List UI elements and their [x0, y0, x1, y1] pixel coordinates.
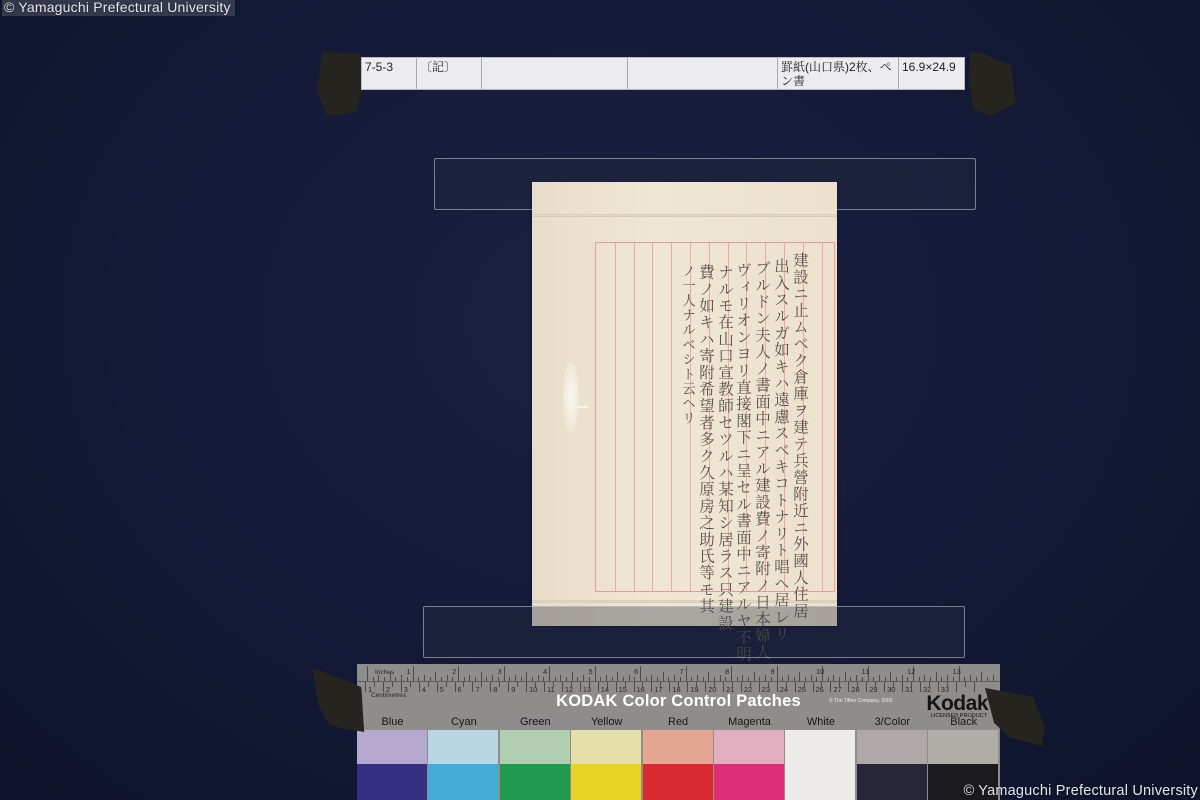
inch-tick: [504, 666, 505, 681]
cm-tick: [866, 682, 867, 692]
inch-tick: [629, 675, 630, 681]
text-column-1: 建設ニ止ムベク倉庫ヲ建テ兵營附近ニ外國人住居: [791, 252, 809, 619]
inch-tick: [395, 677, 396, 681]
patch-label-white: White: [785, 716, 856, 728]
inch-tick: [720, 675, 721, 681]
patch-light-yellow: [571, 730, 641, 764]
label-col3: [482, 58, 628, 89]
cm-tick: [813, 682, 814, 692]
inch-tick: [418, 677, 419, 681]
cm-tick: [848, 682, 849, 692]
patch-dark-green: [500, 764, 570, 800]
patch-dark-blue: [357, 764, 427, 800]
inch-tick: [555, 677, 556, 681]
inch-tick: [560, 675, 561, 681]
patch-dark-red: [643, 764, 713, 800]
inch-tick: [367, 666, 368, 681]
inch-tick: [833, 675, 834, 681]
inch-tick: [612, 677, 613, 681]
text-column-2: 出入スルガ如キハ遠慮スベキコトナリト唱ヘ居レリ: [772, 258, 790, 642]
inch-tick: [811, 675, 812, 681]
inch-tick: [623, 677, 624, 681]
cm-tick: [410, 682, 411, 687]
inch-tick: [651, 675, 652, 681]
inch-tick: [782, 677, 783, 681]
inch-tick: [617, 672, 618, 681]
cm-tick: [446, 682, 447, 687]
cm-tick: [651, 682, 652, 692]
inch-tick: [953, 677, 954, 681]
label-description: 罫紙(山口県)2枚、ペン書: [778, 58, 899, 89]
inch-tick: [481, 672, 482, 681]
text-column-6: 費ノ如キハ寄附希望者多ク久原房之助氏等モ其: [697, 264, 715, 615]
inch-tick: [936, 672, 937, 681]
catalog-label: 7-5-3 〔記〕 罫紙(山口県)2枚、ペン書 16.9×24.9: [361, 57, 965, 90]
inch-number: 8: [725, 667, 729, 676]
inch-number: 10: [816, 667, 824, 676]
inch-tick: [731, 666, 732, 681]
inch-tick: [447, 675, 448, 681]
patch-light-magenta: [714, 730, 784, 764]
inch-tick: [907, 677, 908, 681]
grid-rule: [634, 243, 635, 591]
cm-tick: [544, 682, 545, 692]
cm-tick: [374, 682, 375, 687]
patch-light-3-color: [857, 730, 927, 764]
cm-tick: [508, 682, 509, 692]
patch-dark-cyan: [428, 764, 498, 800]
inch-tick: [498, 677, 499, 681]
patch-light-red: [643, 730, 713, 764]
inch-number: 11: [862, 667, 870, 676]
inch-number: 6: [634, 667, 638, 676]
inch-tick: [441, 677, 442, 681]
inch-tick: [885, 677, 886, 681]
inch-tick: [947, 675, 948, 681]
inch-tick: [452, 677, 453, 681]
patch-dark-white: [785, 764, 855, 800]
inch-tick: [777, 666, 778, 681]
patch-light-black: [928, 730, 998, 764]
text-column-4: ヴィリオンヨリ直接閣下ニ呈セル書面中ニアルヤ不明: [734, 262, 752, 663]
inch-tick: [850, 677, 851, 681]
cm-tick: [669, 682, 670, 692]
inch-tick: [378, 675, 379, 681]
inch-tick: [384, 677, 385, 681]
grid-rule: [652, 243, 653, 591]
inch-tick: [845, 672, 846, 681]
cm-tick: [401, 682, 402, 692]
grid-rule: [671, 243, 672, 591]
cm-tick: [365, 682, 366, 692]
inch-tick: [930, 677, 931, 681]
cm-tick: [938, 682, 939, 692]
inch-tick: [856, 675, 857, 681]
cm-tick: [974, 682, 975, 692]
patch-label-blue: Blue: [357, 716, 428, 728]
patch-dark-3-color: [857, 764, 927, 800]
inch-number: 4: [543, 667, 547, 676]
watermark-top: © Yamaguchi Prefectural University: [2, 0, 235, 16]
inch-tick: [532, 677, 533, 681]
cm-tick: [383, 682, 384, 692]
inch-tick: [970, 675, 971, 681]
inch-tick: [401, 675, 402, 681]
inch-tick: [469, 675, 470, 681]
inch-tick: [902, 675, 903, 681]
cm-tick: [490, 682, 491, 692]
patch-label-green: Green: [500, 716, 571, 728]
inch-tick: [663, 672, 664, 681]
tape-top-left: [315, 52, 363, 116]
patch-dark-magenta: [714, 764, 784, 800]
inch-tick: [668, 677, 669, 681]
inch-tick: [742, 675, 743, 681]
inch-tick: [805, 677, 806, 681]
inch-tick: [748, 677, 749, 681]
cm-tick: [616, 682, 617, 692]
inch-tick: [430, 677, 431, 681]
patch-light-blue: [357, 730, 427, 764]
inch-tick: [976, 677, 977, 681]
inch-tick: [492, 675, 493, 681]
inch-tick: [890, 672, 891, 681]
inch-tick: [919, 677, 920, 681]
inch-tick: [657, 677, 658, 681]
cm-tick: [884, 682, 885, 692]
inch-tick: [583, 675, 584, 681]
cm-tick: [759, 682, 760, 692]
inch-tick: [572, 672, 573, 681]
text-column-5: ナルモ在山口宣教師セツルハ某知シ居ラス只建設: [716, 264, 734, 631]
cm-tick: [902, 682, 903, 692]
inch-tick: [788, 675, 789, 681]
cm-tick: [830, 682, 831, 692]
inch-tick: [725, 677, 726, 681]
inch-tick: [703, 677, 704, 681]
inch-number: 5: [589, 667, 593, 676]
inch-tick: [691, 677, 692, 681]
inch-tick: [924, 675, 925, 681]
inch-tick: [407, 677, 408, 681]
inch-tick: [509, 677, 510, 681]
inch-tick: [464, 677, 465, 681]
paper-crease-tick: [572, 406, 588, 408]
inch-tick: [600, 677, 601, 681]
inch-tick: [686, 666, 687, 681]
inch-number: 13: [953, 667, 961, 676]
inch-tick: [549, 666, 550, 681]
patch-label-yellow: Yellow: [571, 716, 642, 728]
inch-tick: [759, 677, 760, 681]
cm-tick: [455, 682, 456, 692]
cm-tick: [687, 682, 688, 692]
patch-label-magenta: Magenta: [714, 716, 785, 728]
patch-dark-yellow: [571, 764, 641, 800]
patch-light-green: [500, 730, 570, 764]
inch-tick: [862, 677, 863, 681]
patch-label-3-color: 3/Color: [857, 716, 928, 728]
inch-tick: [521, 677, 522, 681]
inch-tick: [816, 677, 817, 681]
label-size: 16.9×24.9: [899, 58, 964, 89]
inch-tick: [543, 677, 544, 681]
patch-label-cyan: Cyan: [428, 716, 499, 728]
label-id: 7-5-3: [362, 58, 417, 89]
inch-tick: [515, 675, 516, 681]
cm-tick: [777, 682, 778, 692]
inch-number: 3: [498, 667, 502, 676]
patch-light-white: [785, 730, 855, 764]
inch-tick: [896, 677, 897, 681]
patch-light-cyan: [428, 730, 498, 764]
cm-tick: [517, 682, 518, 687]
cm-tick: [920, 682, 921, 692]
label-title: 〔記〕: [417, 58, 482, 89]
inch-tick: [526, 672, 527, 681]
inch-tick: [828, 677, 829, 681]
inch-tick: [680, 677, 681, 681]
inch-tick: [839, 677, 840, 681]
inch-tick: [634, 677, 635, 681]
inch-number: 12: [907, 667, 915, 676]
cm-tick: [634, 682, 635, 692]
inch-tick: [646, 677, 647, 681]
inch-tick: [879, 675, 880, 681]
cm-tick: [437, 682, 438, 692]
cm-tick: [723, 682, 724, 692]
inch-tick: [737, 677, 738, 681]
inch-tick: [771, 677, 772, 681]
inch-tick: [566, 677, 567, 681]
cm-tick: [526, 682, 527, 692]
cm-tick: [419, 682, 420, 692]
inch-tick: [873, 677, 874, 681]
cm-tick: [965, 682, 966, 687]
inch-number: 1: [407, 667, 411, 676]
acrylic-strip-bottom: [423, 606, 965, 658]
inch-tick: [390, 672, 391, 681]
cm-tick: [481, 682, 482, 687]
tape-top-right: [966, 51, 1016, 117]
card-title: KODAK Color Control Patches: [357, 692, 1000, 711]
inch-tick: [413, 666, 414, 681]
inch-tick: [373, 677, 374, 681]
cm-tick: [428, 682, 429, 687]
patch-label-black: Black: [928, 716, 999, 728]
inch-tick: [993, 675, 994, 681]
inch-tick: [424, 675, 425, 681]
inch-tick: [754, 672, 755, 681]
card-copyright: © The Tiffen Company, 2000: [829, 698, 892, 704]
inch-tick: [458, 666, 459, 681]
paper-crease: [563, 362, 579, 432]
inch-number: 7: [680, 667, 684, 676]
inch-tick: [606, 675, 607, 681]
cm-tick: [562, 682, 563, 692]
inch-tick: [987, 677, 988, 681]
cm-tick: [741, 682, 742, 692]
cm-tick: [598, 682, 599, 692]
inch-tick: [714, 677, 715, 681]
patch-labels: BlueCyanGreenYellowRedMagentaWhite3/Colo…: [357, 716, 1000, 730]
fold-line-top: [532, 214, 837, 217]
inch-tick: [765, 675, 766, 681]
cm-tick: [795, 682, 796, 692]
inch-tick: [674, 675, 675, 681]
kodak-color-card: Inches Centimetres 123456789101112131234…: [357, 664, 1000, 800]
inch-tick: [435, 672, 436, 681]
cm-tick: [472, 682, 473, 692]
inch-tick: [708, 672, 709, 681]
inch-tick: [589, 677, 590, 681]
cm-tick: [580, 682, 581, 692]
cm-tick: [956, 682, 957, 692]
grid-rule: [615, 243, 616, 591]
inch-tick: [794, 677, 795, 681]
watermark-bottom: © Yamaguchi Prefectural University: [963, 783, 1198, 799]
inch-tick: [577, 677, 578, 681]
inch-tick: [941, 677, 942, 681]
inch-tick: [697, 675, 698, 681]
cm-tick: [499, 682, 500, 687]
cm-tick: [463, 682, 464, 687]
inch-tick: [538, 675, 539, 681]
inch-number: 2: [452, 667, 456, 676]
inch-tick: [640, 666, 641, 681]
inch-tick: [595, 666, 596, 681]
grid-rule: [822, 243, 823, 591]
text-column-7: ノ一人ナルベシト云ヘリ: [678, 264, 696, 426]
inch-tick: [981, 672, 982, 681]
cm-tick: [705, 682, 706, 692]
inch-tick: [799, 672, 800, 681]
cm-tick: [392, 682, 393, 687]
inch-tick: [964, 677, 965, 681]
label-col4: [628, 58, 778, 89]
patch-label-red: Red: [643, 716, 714, 728]
inch-number: 9: [771, 667, 775, 676]
inch-tick: [475, 677, 476, 681]
inch-tick: [486, 677, 487, 681]
